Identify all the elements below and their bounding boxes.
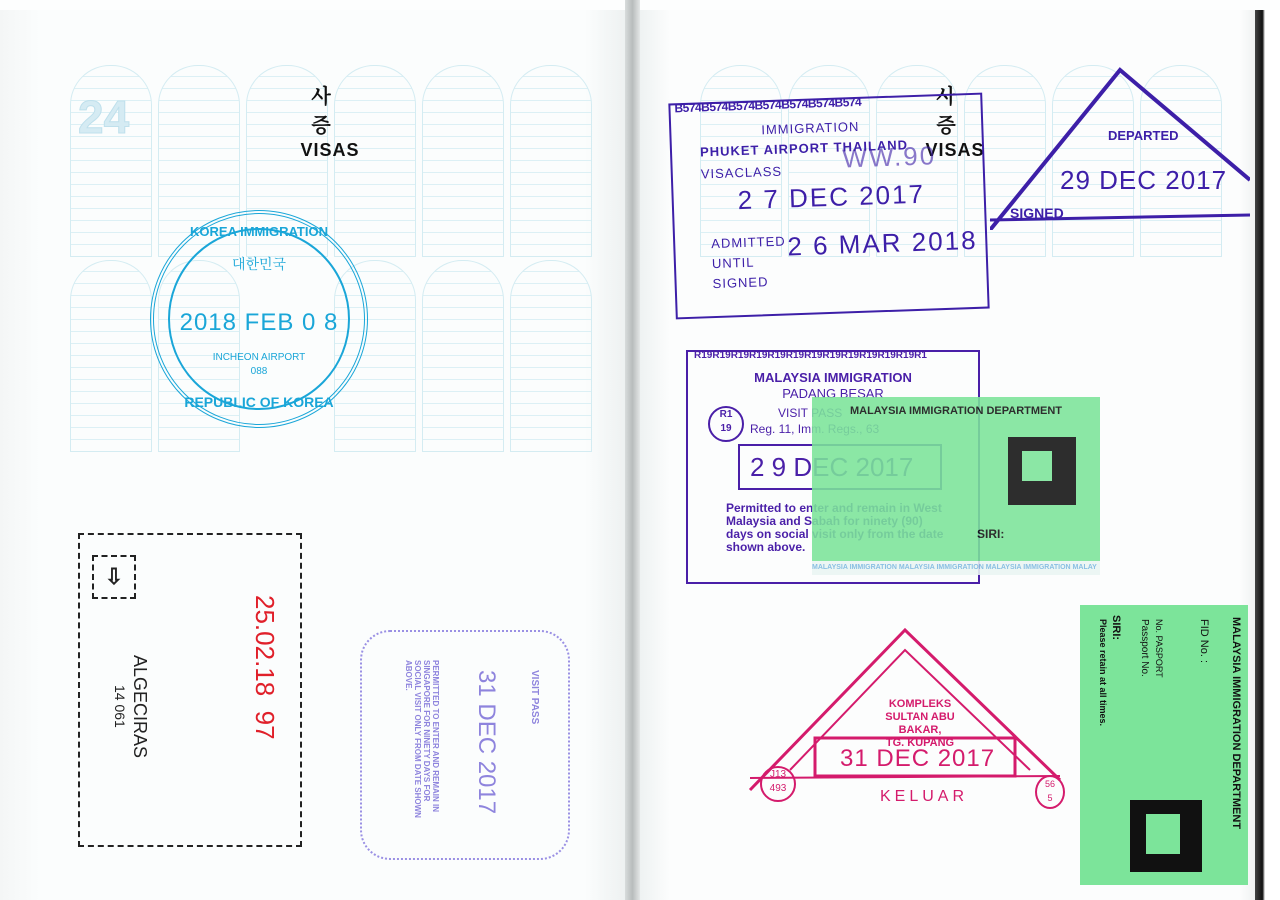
stamp-counter-badge: 56 5	[1035, 775, 1065, 809]
stamp-officer-badge: R1 19	[708, 406, 744, 442]
qr-code-icon	[1130, 800, 1202, 872]
badge-top: R1	[720, 409, 733, 420]
signed-label: SIGNED	[712, 274, 768, 291]
passport-spread: 24 사 증 VISAS KOREA IMMIGRATION 대한민국 2018…	[0, 0, 1280, 900]
stamp-port: INCHEON AIRPORT	[154, 352, 364, 363]
admitted-label: ADMITTED	[711, 234, 786, 252]
background-arch	[422, 260, 504, 452]
stamp-date-value: 25.02.18	[250, 595, 280, 696]
stamp-country: REPUBLIC OF KOREA	[154, 394, 364, 410]
stamp-status: DEPARTED	[1108, 128, 1179, 143]
badge-bottom: 493	[770, 783, 787, 794]
background-arch	[510, 65, 592, 257]
until-label: UNTIL	[712, 255, 755, 271]
singapore-entry-stamp: PERMITTED TO ENTER AND REMAIN IN SINGAPO…	[360, 630, 570, 860]
fid-label: FID No. :	[1198, 619, 1210, 663]
stamp-date: 31 DEC 2017	[472, 670, 500, 814]
badge-bottom: 19	[720, 423, 731, 434]
visas-header-korean: 사 증	[285, 80, 375, 138]
malaysia-immigration-slip: MALAYSIA IMMIGRATION DEPARTMENT SIRI: MA…	[812, 397, 1100, 575]
visaclass-value: WW.90	[842, 140, 937, 174]
spain-entry-stamp: ⇩ 14 061 ALGECIRAS 25.02.18 97	[78, 533, 302, 847]
stamp-border	[360, 630, 570, 860]
stamp-ring-text: KOREA IMMIGRATION	[154, 224, 364, 239]
stamp-type: KELUAR	[880, 788, 968, 806]
thailand-departure-stamp: DEPARTED 29 DEC 2017 SIGNED	[990, 60, 1250, 230]
book-gutter	[625, 0, 640, 900]
entry-arrow-icon: ⇩	[92, 555, 136, 599]
location-line2: SULTAN ABU BAKAR,	[885, 711, 954, 736]
badge-bottom: 5	[1047, 793, 1052, 803]
stamp-port: ALGECIRAS	[129, 655, 150, 758]
badge-top: J13	[770, 769, 786, 780]
stamp-code: 088	[154, 366, 364, 377]
page-number: 24	[78, 90, 129, 144]
stamp-number: 97	[250, 711, 280, 740]
stamp-border-code: R19R19R19R19R19R19R19R19R19R19R19R19R1	[694, 350, 927, 361]
passport-label-en: Passport No.	[1139, 619, 1150, 677]
slip-title: MALAYSIA IMMIGRATION DEPARTMENT	[1230, 617, 1242, 829]
slip-serial-label: SIRI:	[1110, 615, 1122, 640]
slip-security-strip: MALAYSIA IMMIGRATION MALAYSIA IMMIGRATIO…	[812, 561, 1100, 575]
stamp-date: 2018 FEB 0 8	[154, 309, 364, 337]
stamp-officer-badge: J13 493	[760, 766, 796, 802]
stamp-location: KOMPLEKS SULTAN ABU BAKAR, TG. KUPANG	[865, 698, 975, 750]
background-arch	[70, 260, 152, 452]
malaysia-immigration-slip-2: MALAYSIA IMMIGRATION DEPARTMENT FID No. …	[1080, 605, 1248, 885]
stamp-date: 25.02.18 97	[249, 595, 280, 740]
stamp-code: 14 061	[112, 685, 128, 728]
admitted-until-date: 2 6 MAR 2018	[787, 225, 978, 263]
cover-edge	[1255, 10, 1280, 900]
stamp-date: 2 7 DEC 2017	[737, 179, 925, 217]
thailand-arrival-stamp: B574B574B574B574B574B574B574 IMMIGRATION…	[668, 93, 989, 320]
location-line1: KOMPLEKS	[889, 698, 951, 710]
badge-top: 56	[1045, 779, 1055, 789]
background-arch	[422, 65, 504, 257]
stamp-date: 31 DEC 2017	[840, 745, 995, 773]
slip-serial-label: SIRI:	[977, 527, 1004, 541]
visaclass-label: VISACLASS	[701, 164, 783, 182]
stamp-line1: IMMIGRATION	[761, 119, 860, 137]
left-page: 24 사 증 VISAS KOREA IMMIGRATION 대한민국 2018…	[0, 10, 625, 900]
signed-label: SIGNED	[1010, 205, 1064, 221]
qr-code-icon	[1008, 437, 1076, 505]
slip-title: MALAYSIA IMMIGRATION DEPARTMENT	[812, 405, 1100, 417]
stamp-line1: MALAYSIA IMMIGRATION	[688, 370, 978, 385]
passport-label-ms: No. PASPORT	[1154, 619, 1164, 678]
stamp-pass-type: VISIT PASS	[529, 670, 540, 724]
retain-notice: Please retain at all times.	[1098, 619, 1108, 726]
visas-header-english: VISAS	[285, 140, 375, 161]
stamp-conditions: PERMITTED TO ENTER AND REMAIN IN SINGAPO…	[404, 660, 440, 830]
malaysia-exit-stamp: KOMPLEKS SULTAN ABU BAKAR, TG. KUPANG 31…	[740, 610, 1070, 810]
visas-header: 사 증 VISAS	[285, 80, 375, 161]
korea-departure-stamp: KOREA IMMIGRATION 대한민국 2018 FEB 0 8 INCH…	[150, 210, 368, 428]
stamp-date: 29 DEC 2017	[1060, 165, 1227, 196]
background-arch	[510, 260, 592, 452]
stamp-korean-text: 대한민국	[154, 254, 364, 274]
